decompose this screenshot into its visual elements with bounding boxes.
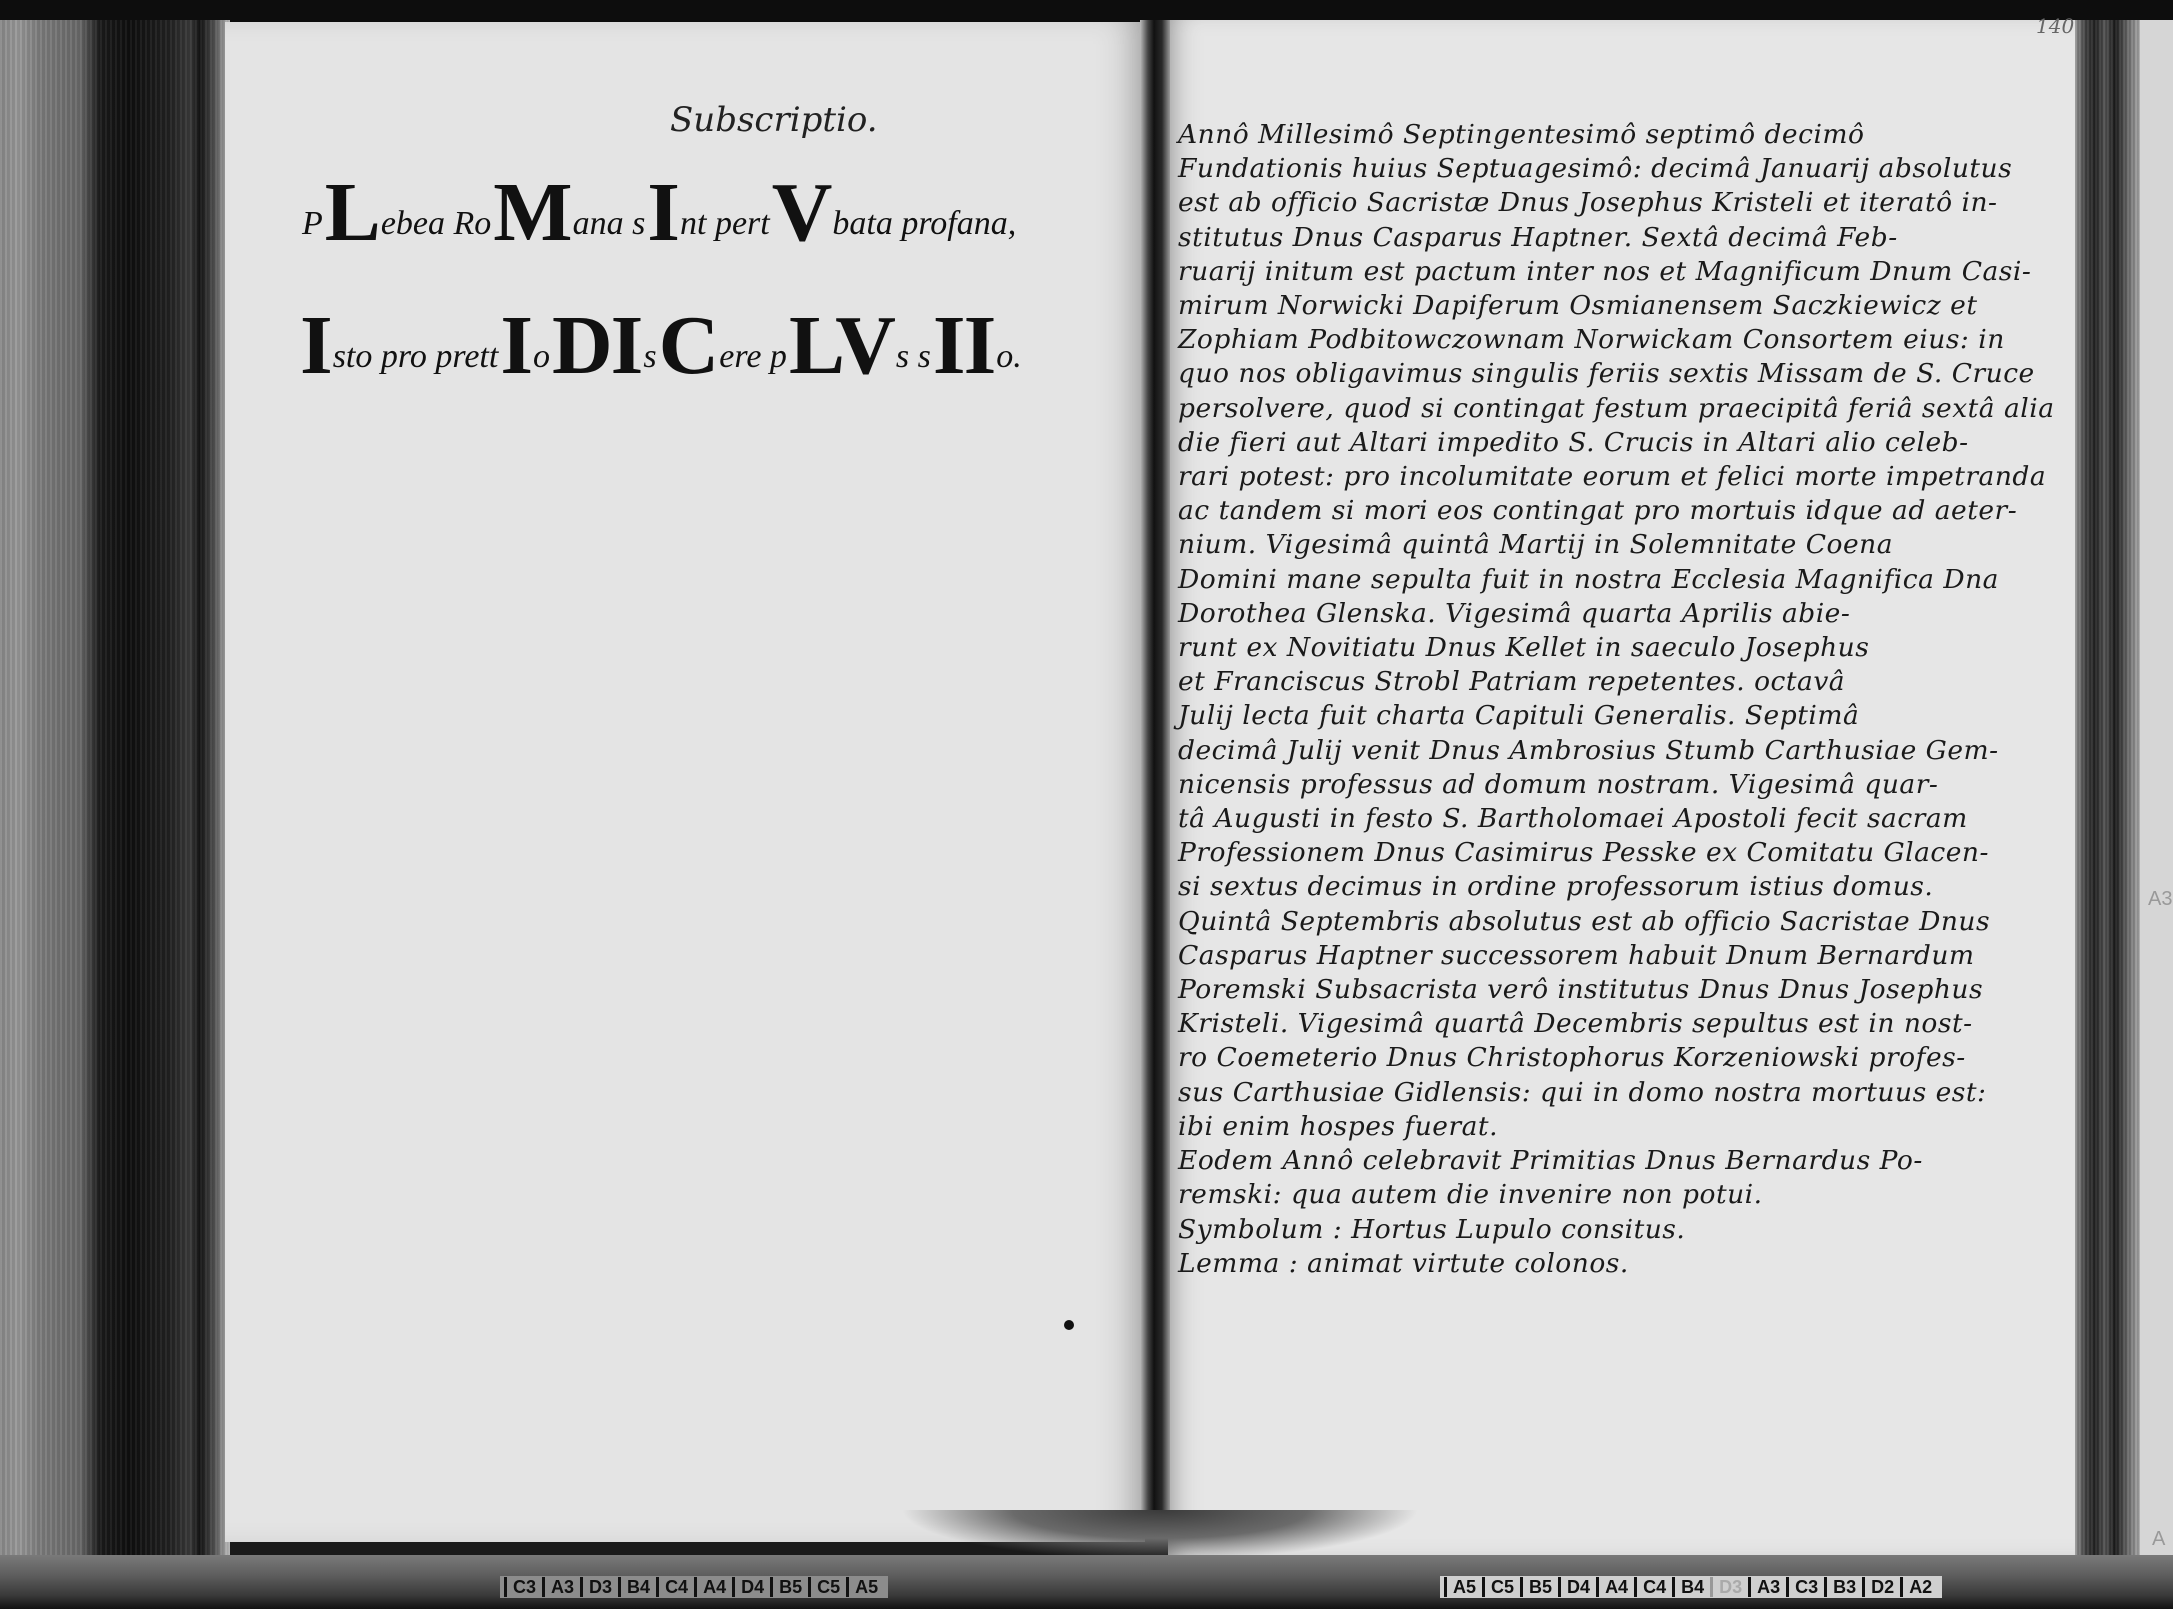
frame-code: A2 [1900,1577,1938,1597]
chronogram-numeral: L [325,175,379,251]
manuscript-line: decimâ Julij venit Dnus Ambrosius Stumb … [1178,734,2078,768]
right-book-page-edges [2075,20,2145,1560]
manuscript-line: Poremski Subsacrista verô institutus Dnu… [1178,973,2078,1007]
frame-code: B3 [1824,1577,1862,1597]
manuscript-line: tâ Augusti in festo S. Bartholomaei Apos… [1178,802,2078,836]
manuscript-line: ibi enim hospes fuerat. [1178,1110,2078,1144]
manuscript-line: Casparus Haptner successorem habuit Dnum… [1178,939,2078,973]
manuscript-line: die fieri aut Altari impedito S. Crucis … [1178,426,2078,460]
chronogram-numeral: DI [552,308,641,384]
left-page-heading: Subscriptio. [670,100,878,140]
manuscript-line: ro Coemeterio Dnus Christophorus Korzeni… [1178,1041,2078,1075]
chronogram-text: o. [996,337,1022,378]
frame-code: B4 [618,1577,656,1597]
manuscript-line: ruarij initum est pactum inter nos et Ma… [1178,255,2078,289]
manuscript-line: Professionem Dnus Casimirus Pesske ex Co… [1178,836,2078,870]
frame-code: D3 [1710,1577,1748,1597]
manuscript-line: Quintâ Septembris absolutus est ab offic… [1178,905,2078,939]
chronogram-text: ebea Ro [381,204,491,245]
chronogram-numeral: I [647,175,678,251]
chronogram-text: nt pert [680,204,770,245]
manuscript-line: remski: qua autem die invenire non potui… [1178,1178,2078,1212]
margin-frame-code: A3 [2148,888,2172,911]
folio-number: 140 [2036,14,2074,38]
chronogram-numeral: LV [789,308,894,384]
manuscript-line: Domini mane sepulta fuit in nostra Eccle… [1178,563,2078,597]
frame-code: B4 [1672,1577,1710,1597]
chronogram-text: ana s [573,204,646,245]
frame-codes-right: A5C5B5D4A4C4B4D3A3C3B3D2A2 [1440,1576,1942,1598]
chronogram-text: sto pro prett [333,337,499,378]
chronogram-numeral: V [772,175,831,251]
chronogram-numeral: C [659,308,718,384]
manuscript-line: Annô Millesimô Septingentesimô septimô d… [1178,118,2078,152]
frame-code: B5 [1520,1577,1558,1597]
manuscript-line: Julij lecta fuit charta Capituli General… [1178,699,2078,733]
frame-code: C3 [504,1577,542,1597]
manuscript-line: runt ex Novitiatu Dnus Kellet in saeculo… [1178,631,2078,665]
margin-frame-code: A [2152,1528,2165,1551]
frame-code: A3 [1748,1577,1786,1597]
chronogram-text: s [643,337,656,378]
manuscript-line: Dorothea Glenska. Vigesimâ quarta Aprili… [1178,597,2078,631]
book-gutter [1140,20,1170,1520]
frame-code: A5 [1444,1577,1482,1597]
manuscript-text-block: Annô Millesimô Septingentesimô septimô d… [1178,118,2078,1281]
frame-code: A5 [846,1577,884,1597]
frame-code: A4 [1596,1577,1634,1597]
chronogram-numeral: II [933,308,994,384]
manuscript-line: ac tandem si mori eos contingat pro mort… [1178,494,2078,528]
chronogram-numeral: M [493,175,570,251]
frame-code: D3 [580,1577,618,1597]
manuscript-line: rari potest: pro incolumitate eorum et f… [1178,460,2078,494]
manuscript-line: Symbolum : Hortus Lupulo consitus. [1178,1213,2078,1247]
frame-code: B5 [770,1577,808,1597]
manuscript-line: mirum Norwicki Dapiferum Osmianensem Sac… [1178,289,2078,323]
chronogram-numeral: I [500,308,531,384]
frame-code: D2 [1862,1577,1900,1597]
frame-code: D4 [1558,1577,1596,1597]
scanned-page-spread: 140 Subscriptio. PLebea RoMana sInt pert… [0,0,2173,1609]
frame-code: C3 [1786,1577,1824,1597]
manuscript-line: sus Carthusiae Gidlensis: qui in domo no… [1178,1076,2078,1110]
manuscript-line: Kristeli. Vigesimâ quartâ Decembris sepu… [1178,1007,2078,1041]
chronogram-text: P [302,204,323,245]
manuscript-line: persolvere, quod si contingat festum pra… [1178,392,2078,426]
frame-code: A3 [542,1577,580,1597]
chronogram-text: s s [896,337,931,378]
frame-code: A4 [694,1577,732,1597]
chronogram-numeral: I [300,308,331,384]
frame-code: C4 [1634,1577,1672,1597]
manuscript-line: nium. Vigesimâ quintâ Martij in Solemnit… [1178,528,2078,562]
ink-dot [1064,1320,1074,1330]
manuscript-line: Eodem Annô celebravit Primitias Dnus Ber… [1178,1144,2078,1178]
left-book-page-edges [0,20,230,1580]
chronogram-text: bata profana, [832,204,1016,245]
chronogram-line-1: PLebea RoMana sInt pertVbata profana, [300,175,1018,251]
frame-code: C5 [808,1577,846,1597]
manuscript-line: Zophiam Podbitowczownam Norwickam Consor… [1178,323,2078,357]
chronogram-text: o [533,337,550,378]
manuscript-line: Fundationis huius Septuagesimô: decimâ J… [1178,152,2078,186]
manuscript-line: quo nos obligavimus singulis feriis sext… [1178,357,2078,391]
manuscript-line: si sextus decimus in ordine professorum … [1178,870,2078,904]
manuscript-line: est ab officio Sacristæ Dnus Josephus Kr… [1178,186,2078,220]
gutter-shadow [900,1510,1420,1560]
frame-code: C5 [1482,1577,1520,1597]
frame-codes-left: C3A3D3B4C4A4D4B5C5A5 [500,1576,888,1598]
chronogram-text: ere p [719,337,787,378]
manuscript-line: stitutus Dnus Casparus Haptner. Sextâ de… [1178,221,2078,255]
manuscript-line: et Franciscus Strobl Patriam repetentes.… [1178,665,2078,699]
film-margin-right [2140,20,2173,1560]
frame-code: D4 [732,1577,770,1597]
manuscript-line: Lemma : animat virtute colonos. [1178,1247,2078,1281]
chronogram-line-2: Isto pro prettIo DIsCere pLVs sIIo. [300,308,1024,384]
manuscript-line: nicensis professus ad domum nostram. Vig… [1178,768,2078,802]
frame-code: C4 [656,1577,694,1597]
